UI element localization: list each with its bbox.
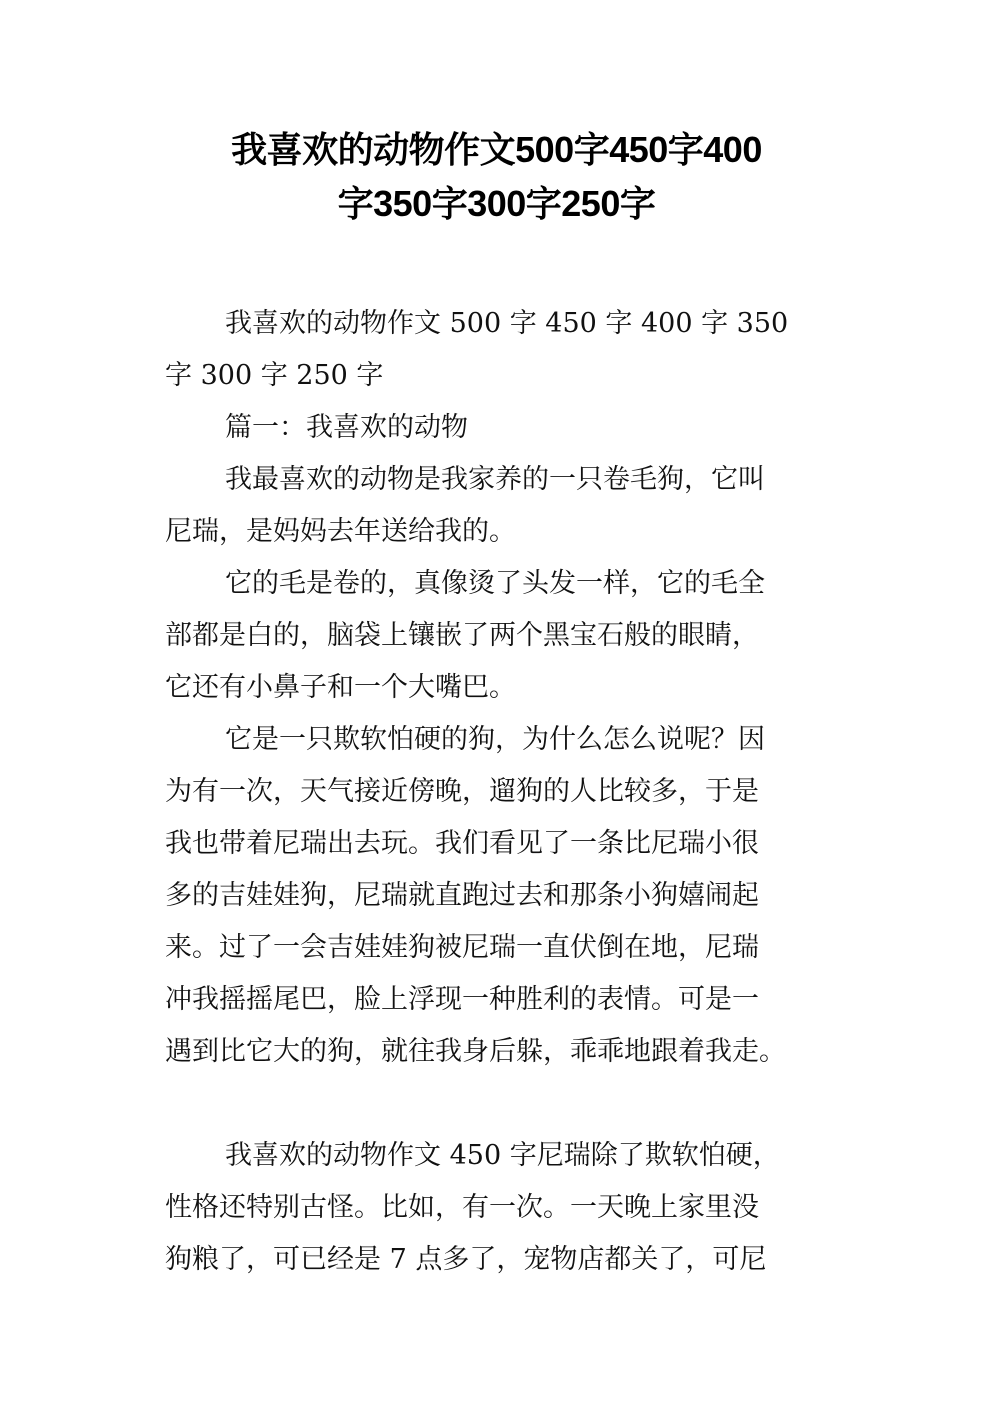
- body-line-subtitle: 我喜欢的动物作文 500 字 450 字 400 字 350: [165, 298, 845, 350]
- section-heading: 篇一：我喜欢的动物: [165, 402, 845, 454]
- body-line-subtitle-cont: 字 300 字 250 字: [165, 350, 845, 402]
- paragraph-4-line-3: 狗粮了，可已经是 7 点多了，宠物店都关了，可尼: [165, 1234, 845, 1286]
- document-title: 我喜欢的动物作文500字450字400 字350字300字250字: [0, 123, 993, 231]
- paragraph-4-line-1: 我喜欢的动物作文 450 字尼瑞除了欺软怕硬，: [165, 1130, 845, 1182]
- paragraph-1-line-2: 尼瑞，是妈妈去年送给我的。: [165, 506, 845, 558]
- paragraph-3-line-1: 它是一只欺软怕硬的狗，为什么怎么说呢？因: [165, 714, 845, 766]
- paragraph-1-line-1: 我最喜欢的动物是我家养的一只卷毛狗，它叫: [165, 454, 845, 506]
- blank-line: [165, 1078, 845, 1130]
- paragraph-2-line-3: 它还有小鼻子和一个大嘴巴。: [165, 662, 845, 714]
- paragraph-2-line-1: 它的毛是卷的，真像烫了头发一样，它的毛全: [165, 558, 845, 610]
- paragraph-3-line-3: 我也带着尼瑞出去玩。我们看见了一条比尼瑞小很: [165, 818, 845, 870]
- paragraph-4-line-2: 性格还特别古怪。比如，有一次。一天晚上家里没: [165, 1182, 845, 1234]
- document-body: 我喜欢的动物作文 500 字 450 字 400 字 350 字 300 字 2…: [165, 298, 845, 1286]
- paragraph-2-line-2: 部都是白的，脑袋上镶嵌了两个黑宝石般的眼睛，: [165, 610, 845, 662]
- document-page: 我喜欢的动物作文500字450字400 字350字300字250字 我喜欢的动物…: [0, 0, 993, 1404]
- paragraph-3-line-7: 遇到比它大的狗，就往我身后躲，乖乖地跟着我走。: [165, 1026, 845, 1078]
- paragraph-3-line-5: 来。过了一会吉娃娃狗被尼瑞一直伏倒在地，尼瑞: [165, 922, 845, 974]
- title-line-2: 字350字300字250字: [0, 177, 993, 231]
- paragraph-3-line-6: 冲我摇摇尾巴，脸上浮现一种胜利的表情。可是一: [165, 974, 845, 1026]
- paragraph-3-line-4: 多的吉娃娃狗，尼瑞就直跑过去和那条小狗嬉闹起: [165, 870, 845, 922]
- title-line-1: 我喜欢的动物作文500字450字400: [0, 123, 993, 177]
- paragraph-3-line-2: 为有一次，天气接近傍晚，遛狗的人比较多，于是: [165, 766, 845, 818]
